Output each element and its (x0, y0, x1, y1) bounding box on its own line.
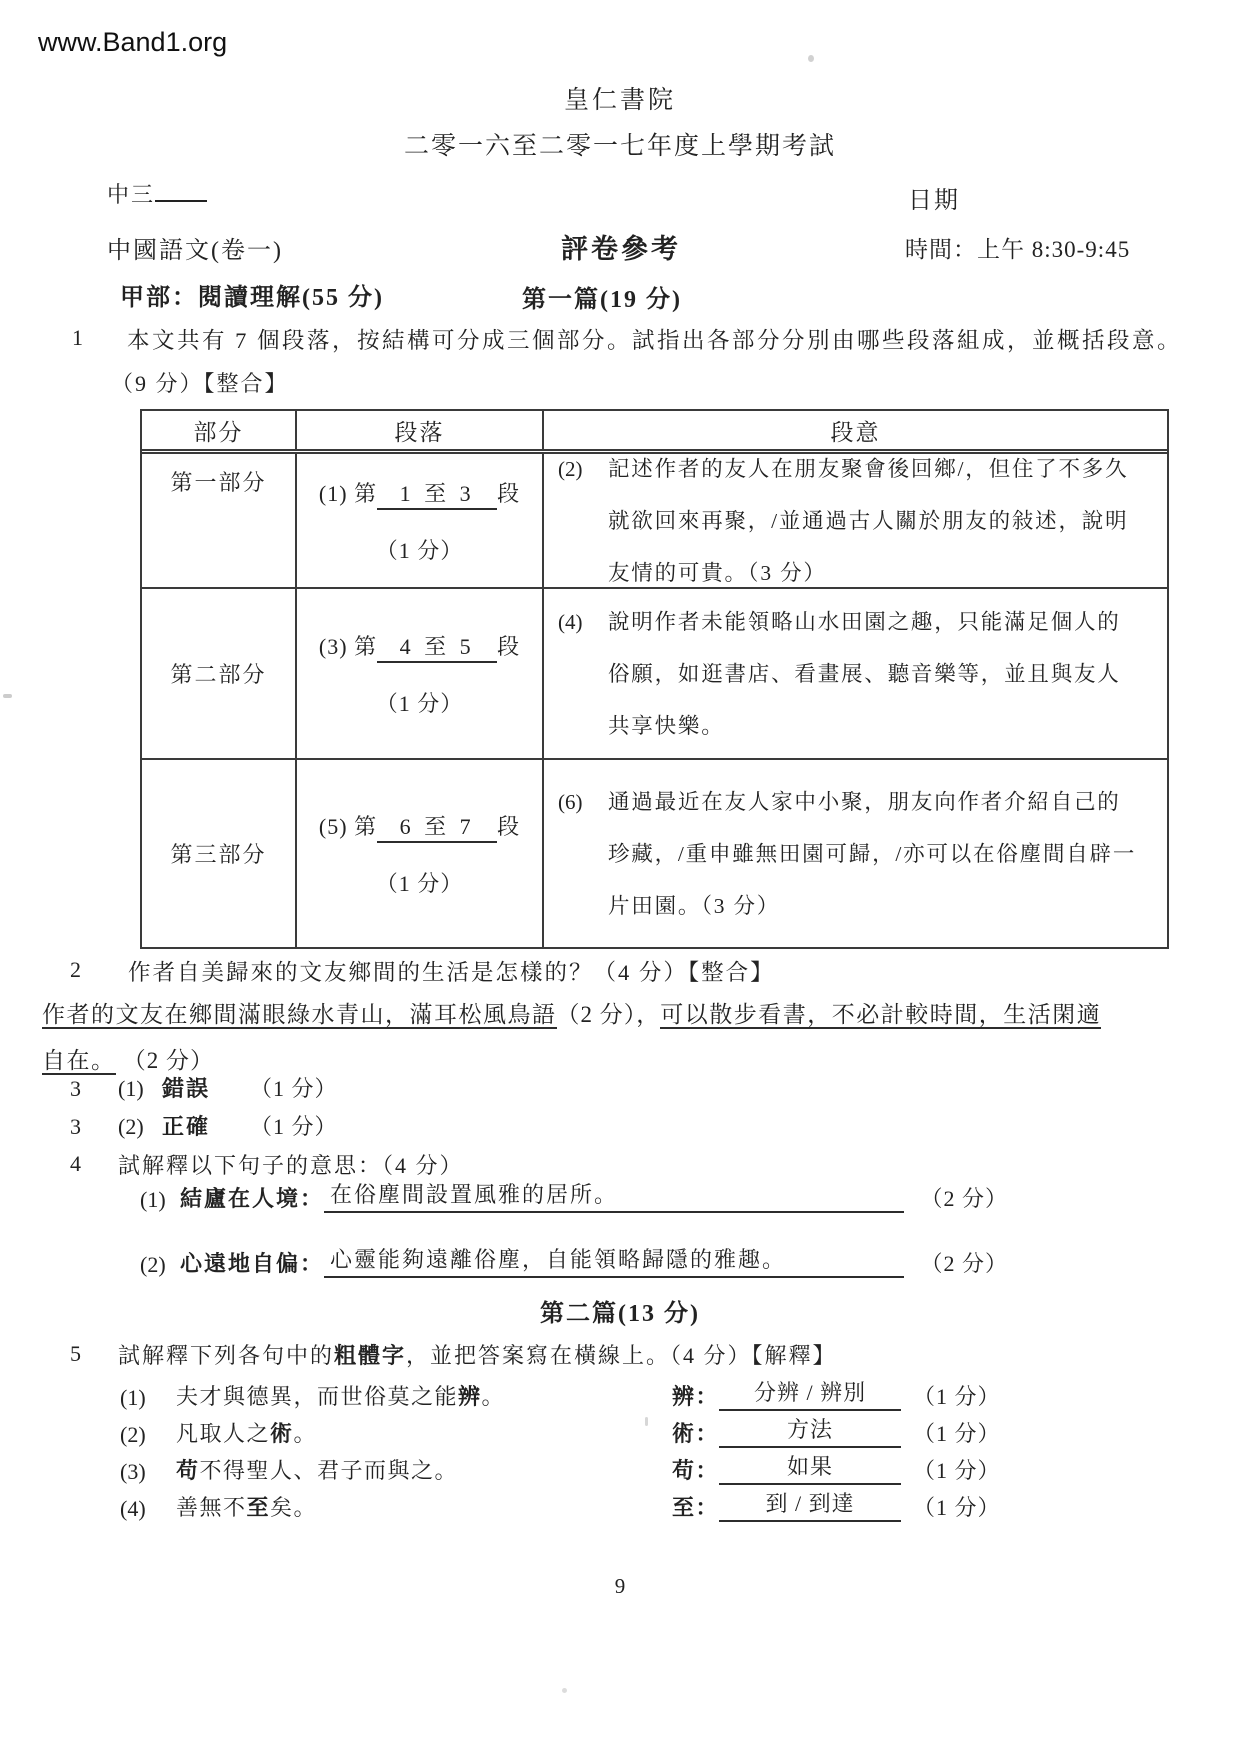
q4-item-1: (1)結廬在人境：在俗塵間設置風雅的居所。（2 分） (140, 1178, 1008, 1213)
q5-sentence: 苟不得聖人、君子而與之。 (176, 1454, 672, 1485)
q4-answer-blank: 心靈能夠遠離俗塵，自能領略歸隱的雅趣。 (324, 1243, 904, 1278)
q4-colon: ： (300, 1182, 324, 1213)
time-label: 時間：上午 8:30-9:45 (905, 231, 1130, 264)
doc-type: 評卷參考 (561, 227, 681, 266)
passage2-heading: 第二篇(13 分) (0, 1293, 1240, 1328)
q5-term: 術： (672, 1417, 719, 1448)
sentence-post: 不得聖人、君子而與之。 (200, 1458, 459, 1483)
part-cell: 第一部分 (142, 454, 297, 587)
sentence-post: 矣。 (270, 1495, 317, 1520)
item-number: (2) (558, 443, 608, 495)
q1-score-tag: （9 分）【整合】 (111, 367, 289, 398)
table-row: 第三部分 (5) 第6 至 7段 （1 分） (6) 通過最近在友人家中小聚，朋… (142, 758, 1167, 947)
q5-term: 辨： (672, 1380, 719, 1411)
paragraph-cell: (1) 第1 至 3段 （1 分） (297, 454, 544, 587)
q1-number: 1 (72, 325, 83, 351)
q4-score: （2 分） (920, 1247, 1008, 1278)
paragraph-cell: (3) 第4 至 5段 （1 分） (297, 589, 544, 758)
para-prefix: 第 (354, 634, 377, 659)
paragraph-cell: (5) 第6 至 7段 （1 分） (297, 760, 544, 947)
q5-item-4: (4) 善無不至矣。 至： 到 / 到達 （1 分） (120, 1487, 1001, 1522)
sentence-pre: 凡取人之 (176, 1421, 270, 1446)
q3-answer: 正確 (162, 1110, 250, 1141)
q5-sub-number: (1) (120, 1385, 176, 1411)
q5-number: 5 (70, 1341, 81, 1367)
q5-answer-blank: 方法 (719, 1413, 901, 1448)
q5-term: 至： (672, 1491, 719, 1522)
q4-item-2: (2)心遠地自偏：心靈能夠遠離俗塵，自能領略歸隱的雅趣。（2 分） (140, 1243, 1008, 1278)
q5-item-1: (1) 夫才與德異，而世俗莫之能辨。 辨： 分辨 / 辨別 （1 分） (120, 1376, 1001, 1411)
q1-answer-table: 部分 段落 段意 第一部分 (1) 第1 至 3段 （1 分） (2) 記述作者… (140, 409, 1169, 949)
page-number: 9 (0, 1574, 1240, 1599)
q5-score: （1 分） (913, 1380, 1001, 1411)
q4-sub-number: (2) (140, 1252, 180, 1278)
q2-text: 作者自美歸來的文友鄉間的生活是怎樣的？（4 分）【整合】 (128, 955, 775, 987)
q5-sentence: 夫才與德異，而世俗莫之能辨。 (176, 1380, 672, 1411)
paragraph-answer-line: (3) 第4 至 5段 (319, 630, 520, 663)
q5-answer-blank: 到 / 到達 (719, 1487, 901, 1522)
para-suffix: 段 (497, 634, 520, 659)
q5-intro: 試解釋下列各句中的粗體字，並把答案寫在橫線上。（4 分）【解釋】 (118, 1339, 837, 1370)
q1-text: 本文共有 7 個段落，按結構可分成三個部分。試指出各部分分別由哪些段落組成，並概… (127, 323, 1182, 355)
sentence-bold-char: 辨 (458, 1384, 482, 1409)
q4-number: 4 (70, 1151, 81, 1177)
meaning-cell: (2) 記述作者的友人在朋友聚會後回鄉/，但住了不多久就欲回來再聚，/並通過古人… (544, 454, 1167, 587)
q4-answer-blank: 在俗塵間設置風雅的居所。 (324, 1178, 904, 1213)
q5-sub-number: (3) (120, 1459, 176, 1485)
sentence-pre: 夫才與德異，而世俗莫之能 (176, 1384, 458, 1409)
sentence-post: 。 (294, 1421, 318, 1446)
q5-score: （1 分） (913, 1491, 1001, 1522)
para-prefix: 第 (354, 481, 377, 506)
table-row: 第二部分 (3) 第4 至 5段 （1 分） (4) 說明作者未能領略山水田園之… (142, 587, 1167, 758)
meaning-cell: (6) 通過最近在友人家中小聚，朋友向作者介紹自己的珍藏，/重申雖無田園可歸，/… (544, 760, 1167, 947)
part-cell: 第三部分 (142, 760, 297, 947)
q4-sub-number: (1) (140, 1187, 180, 1213)
q4-score: （2 分） (920, 1182, 1008, 1213)
class-blank-line (155, 176, 207, 202)
item-number: (6) (558, 776, 608, 828)
scan-artifact (808, 55, 814, 62)
scanned-exam-page: www.Band1.org 皇仁書院 二零一六至二零一七年度上學期考試 中三 日… (0, 0, 1240, 1754)
q2-answer-line1: 作者的文友在鄉間滿眼綠水青山，滿耳松風鳥語（2 分），可以散步看書，不必計較時間… (42, 1000, 1101, 1030)
sentence-bold-char: 術 (270, 1421, 294, 1446)
para-prefix: 第 (354, 814, 377, 839)
q4-phrase: 結廬在人境 (180, 1182, 300, 1213)
date-label: 日期 (908, 180, 960, 215)
para-score: （1 分） (376, 867, 464, 898)
q5-answer-blank: 如果 (719, 1450, 901, 1485)
q5-intro-post: ，並把答案寫在橫線上。（4 分）【解釋】 (406, 1343, 837, 1368)
para-answer-blank: 4 至 5 (377, 630, 497, 663)
q5-sub-number: (2) (120, 1422, 176, 1448)
q3-score: （1 分） (250, 1076, 338, 1101)
item-number: (3) (319, 634, 348, 659)
sentence-pre: 善無不 (176, 1495, 247, 1520)
subject-title: 中國語文(卷一) (107, 230, 283, 265)
q3-number: 3 (70, 1076, 118, 1102)
q5-score: （1 分） (913, 1454, 1001, 1485)
q4-phrase: 心遠地自偏 (180, 1247, 300, 1278)
exam-title: 二零一六至二零一七年度上學期考試 (0, 126, 1240, 162)
para-score: （1 分） (376, 687, 464, 718)
q4-colon: ： (300, 1247, 324, 1278)
para-answer-blank: 6 至 7 (377, 810, 497, 843)
q3-answer: 錯誤 (162, 1072, 250, 1103)
part-cell: 第二部分 (142, 589, 297, 758)
q3-sub-number: (1) (118, 1076, 162, 1102)
meaning-text: 記述作者的友人在朋友聚會後回鄉/，但住了不多久就欲回來再聚，/並通過古人關於朋友… (608, 443, 1141, 599)
item-number: (4) (558, 596, 608, 648)
watermark: www.Band1.org (38, 27, 227, 58)
passage1-heading: 第一篇(19 分) (522, 279, 682, 314)
para-score: （1 分） (376, 534, 464, 565)
sentence-bold-char: 至 (247, 1495, 271, 1520)
paragraph-answer-line: (5) 第6 至 7段 (319, 810, 520, 843)
q5-sentence: 凡取人之術。 (176, 1417, 672, 1448)
q2-answer-underlined: 可以散步看書，不必計較時間，生活閑適 (660, 1002, 1101, 1029)
para-suffix: 段 (497, 814, 520, 839)
class-label: 中三 (107, 182, 155, 207)
q3-score: （1 分） (250, 1114, 338, 1139)
meaning-cell: (4) 說明作者未能領略山水田園之趣，只能滿足個人的俗願，如逛書店、看畫展、聽音… (544, 589, 1167, 758)
section-a-heading: 甲部：閱讀理解(55 分) (120, 277, 384, 312)
q5-intro-bold: 粗體字 (334, 1343, 406, 1368)
q5-score: （1 分） (913, 1417, 1001, 1448)
q5-sentence: 善無不至矣。 (176, 1491, 672, 1522)
para-answer-blank: 1 至 3 (377, 477, 497, 510)
q4-text: 試解釋以下句子的意思：（4 分） (118, 1149, 464, 1180)
scan-artifact (562, 1688, 567, 1693)
col-header-part: 部分 (142, 411, 297, 449)
q2-answer-underlined: 自在。 (42, 1048, 116, 1075)
q5-answer-blank: 分辨 / 辨別 (719, 1376, 901, 1411)
item-number: (5) (319, 814, 348, 839)
meaning-text: 通過最近在友人家中小聚，朋友向作者介紹自己的珍藏，/重申雖無田園可歸，/亦可以在… (608, 776, 1141, 932)
sentence-bold-char: 苟 (176, 1458, 200, 1483)
q5-sub-number: (4) (120, 1496, 176, 1522)
q2-answer-underlined: 作者的文友在鄉間滿眼綠水青山，滿耳松風鳥語 (42, 1002, 557, 1029)
q3-item-1: 3(1)錯誤（1 分） (70, 1072, 338, 1103)
para-suffix: 段 (497, 481, 520, 506)
q2-number: 2 (70, 957, 81, 983)
q5-term: 苟： (672, 1454, 719, 1485)
q5-item-3: (3) 苟不得聖人、君子而與之。 苟： 如果 （1 分） (120, 1450, 1001, 1485)
q5-intro-pre: 試解釋下列各句中的 (118, 1343, 334, 1368)
table-row: 第一部分 (1) 第1 至 3段 （1 分） (2) 記述作者的友人在朋友聚會後… (142, 454, 1167, 587)
col-header-paragraphs: 段落 (297, 411, 544, 449)
sentence-post: 。 (482, 1384, 506, 1409)
q2-score1: （2 分）， (557, 1002, 661, 1027)
item-number: (1) (319, 481, 348, 506)
scan-artifact (3, 694, 12, 698)
meaning-text: 說明作者未能領略山水田園之趣，只能滿足個人的俗願，如逛書店、看畫展、聽音樂等，並… (608, 596, 1141, 752)
q3-number: 3 (70, 1114, 118, 1140)
class-field: 中三 (107, 176, 207, 209)
paragraph-answer-line: (1) 第1 至 3段 (319, 477, 520, 510)
school-name: 皇仁書院 (0, 80, 1240, 116)
q3-item-2: 3(2)正確（1 分） (70, 1110, 338, 1141)
q2-score2: （2 分） (123, 1048, 214, 1073)
q5-item-2: (2) 凡取人之術。 術： 方法 （1 分） (120, 1413, 1001, 1448)
q3-sub-number: (2) (118, 1114, 162, 1140)
